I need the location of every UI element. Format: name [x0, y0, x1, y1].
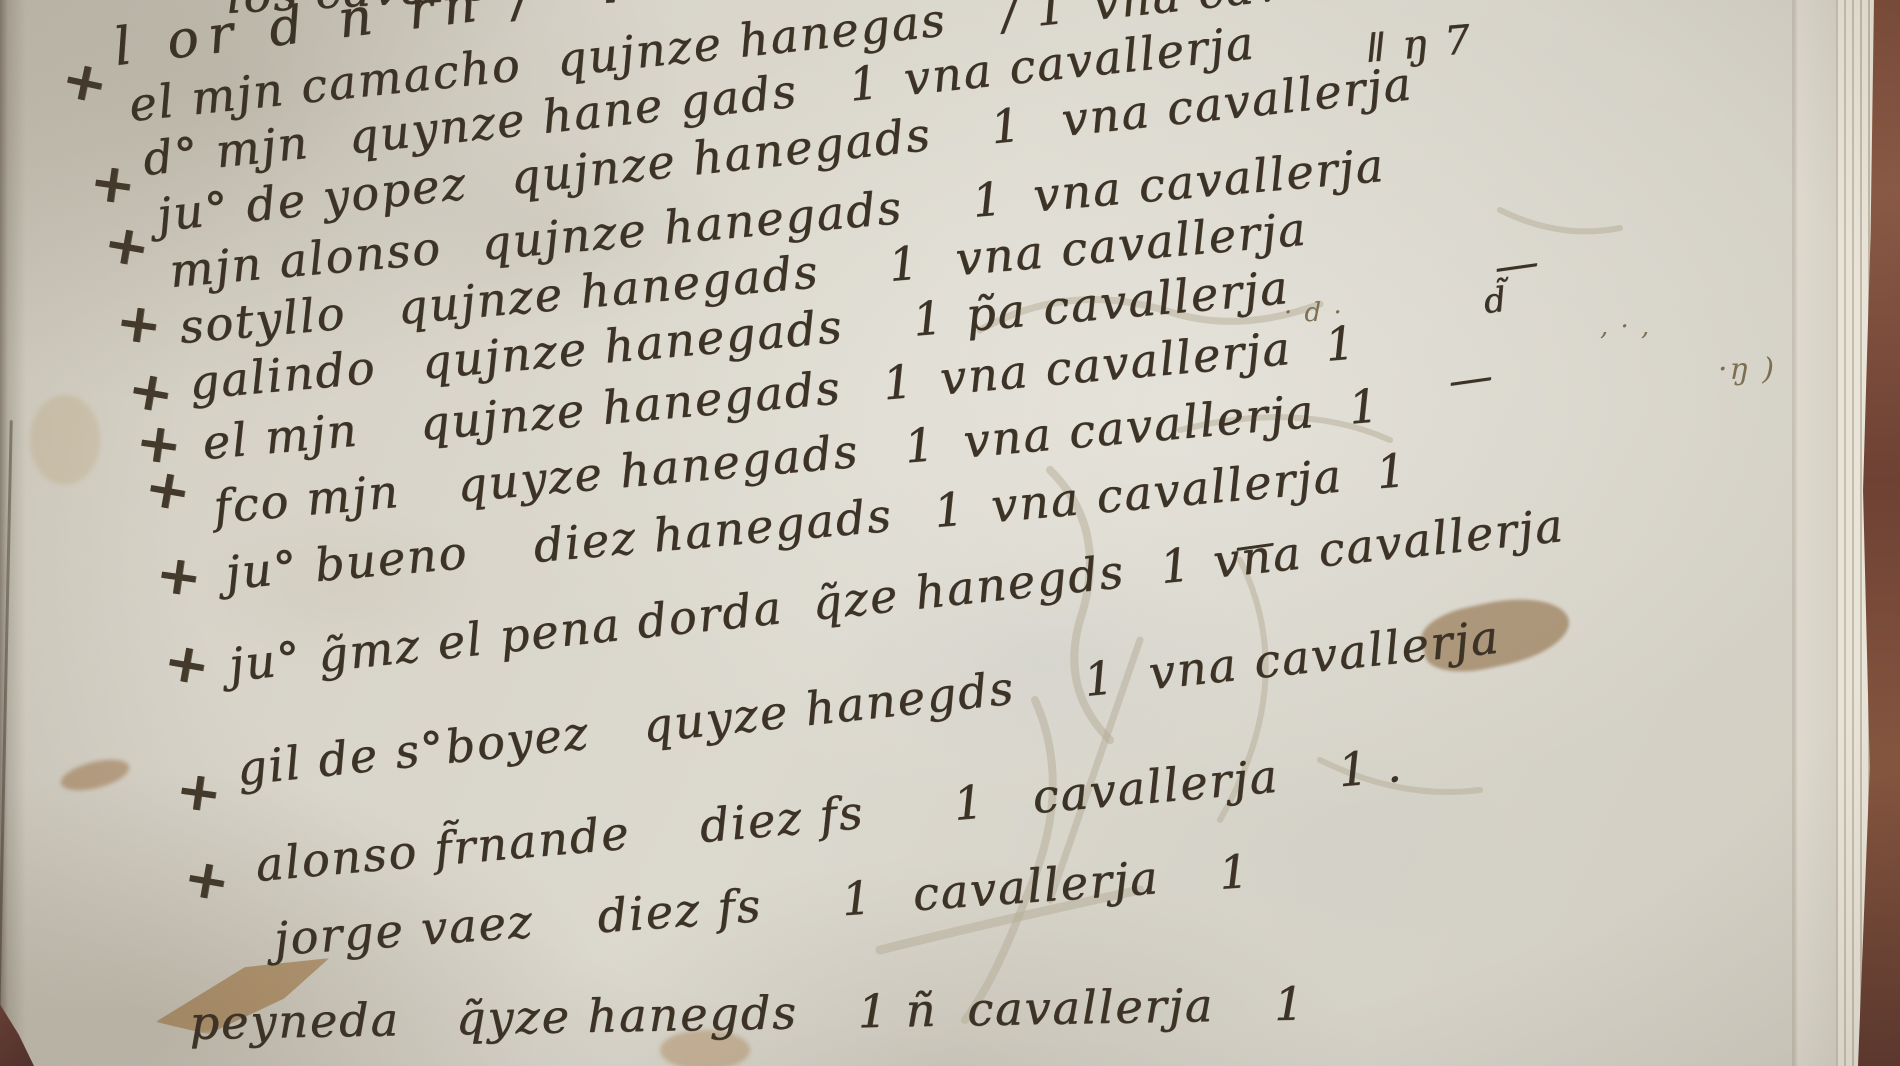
entry-separator: 1 [886, 235, 922, 292]
entry-name: jorge vaez [272, 894, 535, 966]
entry-separator: 1 [902, 417, 938, 474]
stain-left-faint [30, 395, 100, 485]
entry-unit: cavallerja [967, 978, 1215, 1036]
edge-figure: ·ŋ ) [1718, 352, 1776, 387]
margin-cross-mark: + [140, 455, 196, 525]
dash-2: — [1445, 350, 1498, 407]
margin-cross-mark: + [99, 211, 155, 281]
entry-extra-mark: 1 [1217, 844, 1252, 900]
entry-unit: vna cavallerja [1146, 610, 1502, 701]
dash-3: — [1232, 519, 1280, 570]
entry-separator: 1 [1081, 650, 1118, 707]
margin-cross-mark: + [152, 541, 206, 610]
dot-marks-2: , · , [1600, 312, 1651, 342]
entry-quantity: diez fs [697, 785, 866, 853]
entry-quantity: diez fs [596, 878, 764, 943]
entry-name: peyneda [189, 992, 400, 1050]
entry-extra-mark: 1 [1346, 378, 1382, 435]
page-left-gutter-shadow [0, 0, 26, 1066]
entry-separator: 1 [881, 354, 917, 411]
entry-name: fco mjn [211, 464, 402, 534]
entry-quantity: q̃yze hanegds [455, 985, 798, 1045]
entry-name: gil de s°boyez [234, 705, 592, 796]
margin-cross-mark: + [172, 757, 226, 826]
entry-separator: 1 [988, 97, 1025, 154]
entry-extra-mark: 1 . [1336, 738, 1405, 797]
entry-name: ju° bueno [223, 525, 470, 600]
entry-extra-mark: 1 [1374, 443, 1410, 500]
entry-separator: 1 [951, 774, 987, 831]
entry-separator: 1 [970, 171, 1006, 228]
entry-name: ju° g̃mz el pena dorda [226, 580, 785, 692]
entry-separator: 1 ñ [857, 983, 937, 1038]
margin-cross-mark: + [179, 845, 235, 915]
entry-name: alonso f̃rnande [253, 805, 632, 892]
year-mark: ǁ ŋ 7 [1364, 17, 1474, 72]
margin-cross-mark: + [159, 629, 215, 699]
margin-cross-mark: + [86, 149, 140, 218]
entry-unit: cavallerja [911, 850, 1161, 921]
margin-cross-mark: + [112, 289, 166, 358]
stain-bottom-left-small [58, 754, 132, 796]
dot-marks-1: · d · [1284, 298, 1344, 328]
entry-quantity: quyze hanegds [640, 661, 1017, 754]
entry-separator: 1 [846, 55, 883, 112]
entry-row: peynedaq̃yze hanegds1 ñcavallerja1 [189, 977, 1306, 1050]
entry-unit: cavallerja [1030, 749, 1281, 824]
manuscript-page: los cavalleros q̃s q̃ se los de y … s l … [0, 0, 1900, 1066]
entry-separator: 1 [840, 870, 875, 926]
entry-separator: 1 [910, 290, 946, 347]
entry-quantity: q̃ze hanegds [809, 544, 1127, 631]
entry-separator: 1 [1158, 537, 1195, 594]
d-mark: d̃ [1482, 280, 1510, 322]
entry-separator: / 1 [999, 0, 1070, 40]
margin-cross-mark: + [56, 46, 113, 117]
entry-extra-mark: 1 [1274, 977, 1306, 1032]
entry-separator: 1 [932, 481, 968, 538]
entry-name: el mjn [200, 403, 360, 470]
